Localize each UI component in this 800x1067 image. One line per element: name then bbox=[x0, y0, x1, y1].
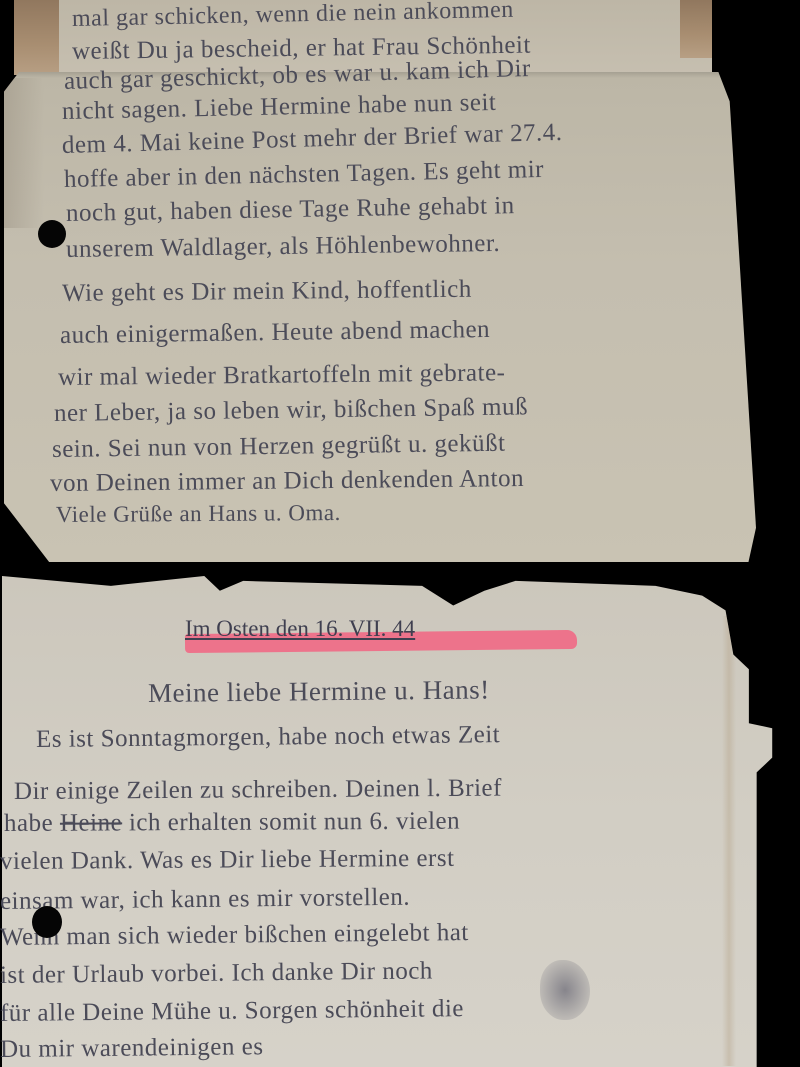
letter-bottom-line-7: ist der Urlaub vorbei. Ich danke Dir noc… bbox=[0, 957, 433, 990]
letter-bottom-line-4: vielen Dank. Was es Dir liebe Hermine er… bbox=[0, 845, 455, 876]
paper-crease bbox=[722, 616, 736, 1066]
letter-bottom-line-3: habe Heine ich erhalten somit nun 6. vie… bbox=[4, 808, 460, 838]
line-3-end: ich erhalten somit nun 6. vielen bbox=[129, 808, 460, 837]
letter-bottom-line-8: für alle Deine Mühe u. Sorgen schönheit … bbox=[0, 995, 464, 1028]
letter-top-line-9: Wie geht es Dir mein Kind, hoffentlich bbox=[62, 276, 472, 308]
letter-top-line-15: Viele Grüße an Hans u. Oma. bbox=[56, 500, 341, 528]
tape-right bbox=[680, 0, 712, 58]
letter-salutation: Meine liebe Hermine u. Hans! bbox=[148, 674, 490, 709]
line-3-start: habe bbox=[4, 810, 53, 837]
letter-top-line-14: von Deinen immer an Dich denkenden Anton bbox=[50, 465, 524, 498]
punch-hole bbox=[38, 220, 66, 248]
letter-top-line-10: auch einigermaßen. Heute abend machen bbox=[60, 316, 490, 350]
letter-bottom-line-2: Dir einige Zeilen zu schreiben. Deinen l… bbox=[14, 775, 502, 806]
letter-bottom-line-5: einsam war, ich kann es mir vorstellen. bbox=[0, 884, 410, 916]
punch-hole bbox=[32, 906, 62, 938]
date-heading-text: Im Osten den 16. VII. 44 bbox=[185, 616, 415, 642]
letter-bottom-line-1: Es ist Sonntagmorgen, habe noch etwas Ze… bbox=[36, 721, 500, 754]
water-stain bbox=[4, 78, 44, 228]
letter-date-heading: Im Osten den 16. VII. 44 bbox=[185, 616, 415, 642]
letter-bottom-line-9: Du mir warendeinigen es bbox=[0, 1033, 264, 1064]
letter-top-line-11: wir mal wieder Bratkartoffeln mit gebrat… bbox=[58, 359, 506, 392]
ink-smudge bbox=[540, 960, 590, 1020]
letter-bottom-line-6: Wenn man sich wieder bißchen eingelebt h… bbox=[0, 919, 469, 952]
photo-stage: mal gar schicken, wenn die nein ankommen… bbox=[0, 0, 800, 1067]
tape-left bbox=[14, 0, 59, 75]
struck-out-word: Heine bbox=[60, 809, 122, 836]
